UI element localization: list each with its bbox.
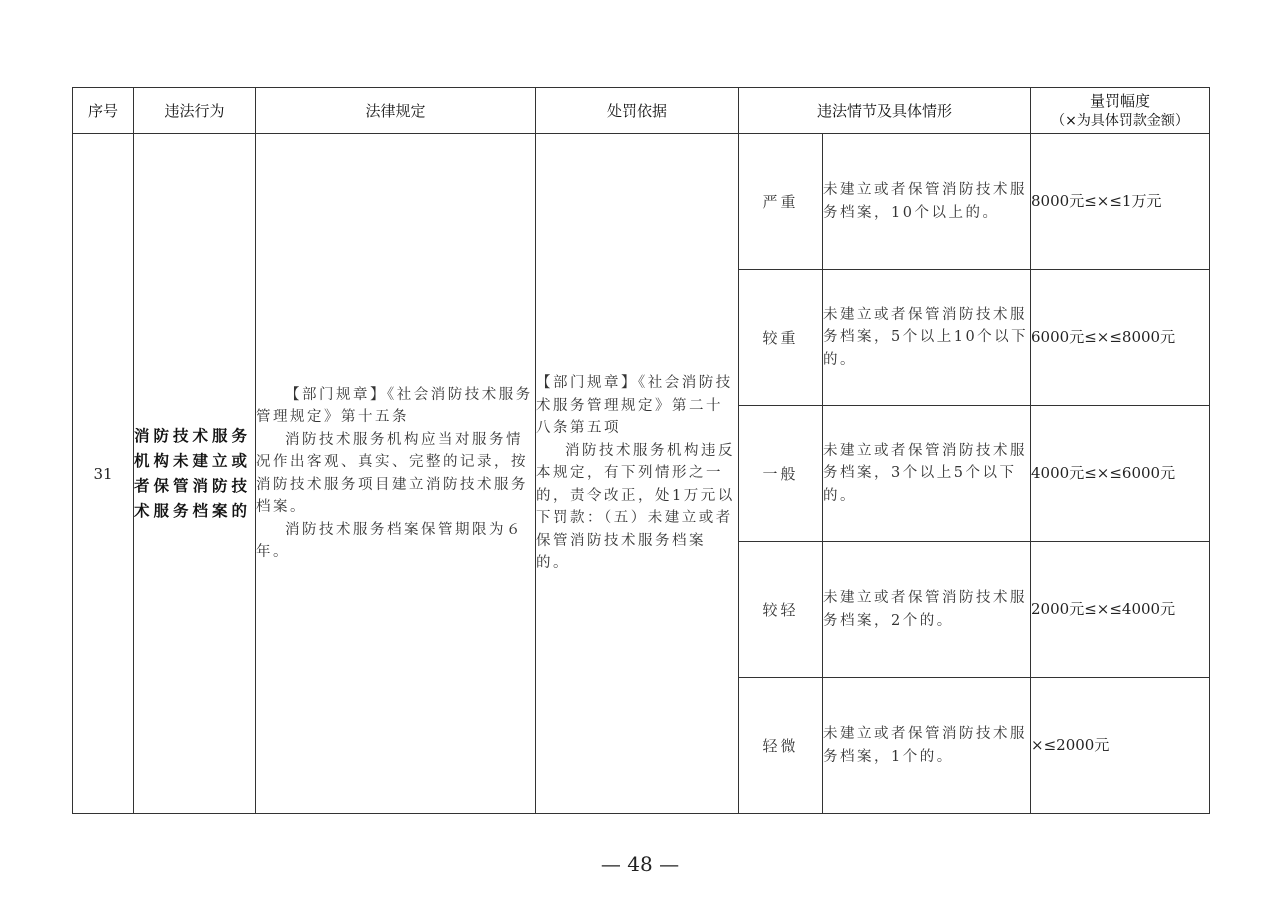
cell-level: 严重 — [739, 134, 823, 270]
header-seq: 序号 — [73, 88, 134, 134]
law-p2: 消防技术服务机构应当对服务情况作出客观、真实、完整的记录，按消防技术服务项目建立… — [256, 429, 535, 519]
header-act: 违法行为 — [134, 88, 256, 134]
header-circumstance: 违法情节及具体情形 — [739, 88, 1031, 134]
cell-level: 较重 — [739, 270, 823, 406]
cell-act: 消防技术服务机构未建立或者保管消防技术服务档案的 — [134, 134, 256, 814]
cell-desc: 未建立或者保管消防技术服务档案，2个的。 — [823, 542, 1031, 678]
header-basis: 处罚依据 — [536, 88, 739, 134]
table-header-row: 序号 违法行为 法律规定 处罚依据 违法情节及具体情形 量罚幅度 （×为具体罚款… — [73, 88, 1210, 134]
basis-p2: 消防技术服务机构违反本规定，有下列情形之一的，责令改正，处1万元以下罚款：（五）… — [536, 440, 738, 575]
cell-desc: 未建立或者保管消防技术服务档案，1个的。 — [823, 678, 1031, 814]
cell-desc: 未建立或者保管消防技术服务档案，5个以上10个以下的。 — [823, 270, 1031, 406]
cell-amount: 4000元≤×≤6000元 — [1031, 406, 1210, 542]
cell-law: 【部门规章】《社会消防技术服务管理规定》第十五条 消防技术服务机构应当对服务情况… — [256, 134, 536, 814]
cell-seq: 31 — [73, 134, 134, 814]
header-amount-title: 量罚幅度 — [1031, 91, 1209, 111]
cell-level: 较轻 — [739, 542, 823, 678]
cell-desc: 未建立或者保管消防技术服务档案，10个以上的。 — [823, 134, 1031, 270]
header-law: 法律规定 — [256, 88, 536, 134]
cell-basis: 【部门规章】《社会消防技术服务管理规定》第二十八条第五项 消防技术服务机构违反本… — [536, 134, 739, 814]
law-p1: 【部门规章】《社会消防技术服务管理规定》第十五条 — [256, 384, 535, 429]
header-amount: 量罚幅度 （×为具体罚款金额） — [1031, 88, 1210, 134]
table-row: 31 消防技术服务机构未建立或者保管消防技术服务档案的 【部门规章】《社会消防技… — [73, 134, 1210, 270]
cell-amount: 6000元≤×≤8000元 — [1031, 270, 1210, 406]
penalty-table: 序号 违法行为 法律规定 处罚依据 违法情节及具体情形 量罚幅度 （×为具体罚款… — [72, 87, 1210, 814]
cell-amount: 8000元≤×≤1万元 — [1031, 134, 1210, 270]
cell-amount: ×≤2000元 — [1031, 678, 1210, 814]
header-amount-sub: （×为具体罚款金额） — [1031, 111, 1209, 131]
cell-level: 轻微 — [739, 678, 823, 814]
cell-amount: 2000元≤×≤4000元 — [1031, 542, 1210, 678]
cell-desc: 未建立或者保管消防技术服务档案，3个以上5个以下的。 — [823, 406, 1031, 542]
basis-p1: 【部门规章】《社会消防技术服务管理规定》第二十八条第五项 — [536, 372, 738, 440]
cell-level: 一般 — [739, 406, 823, 542]
law-p3: 消防技术服务档案保管期限为６年。 — [256, 519, 535, 564]
page-number: — 48 — — [0, 852, 1280, 876]
